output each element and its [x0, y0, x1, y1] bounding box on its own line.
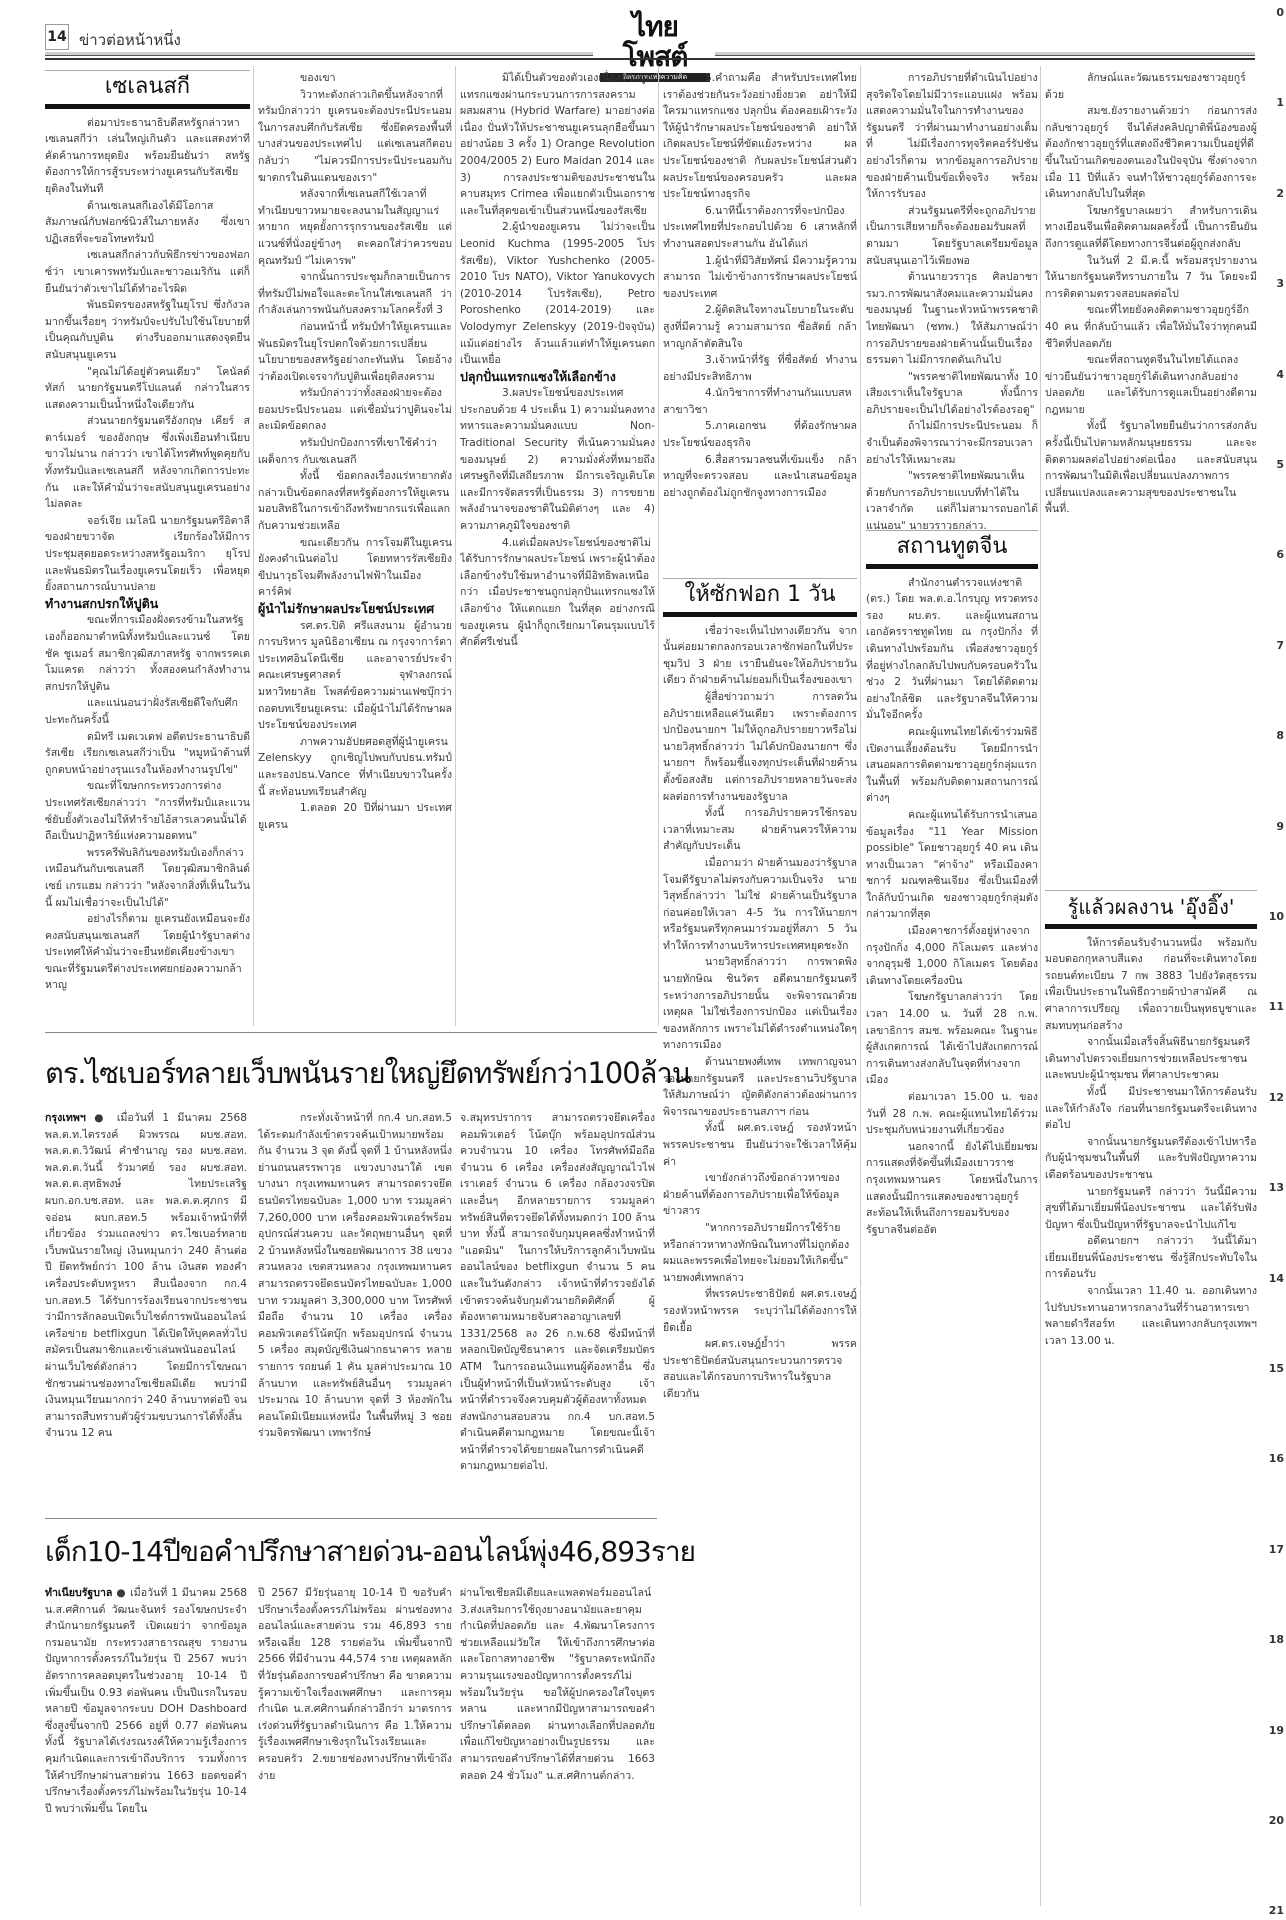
- paragraph: พรรครีพับลิกันของทรัมป์เองก็กล่าวเหมือนก…: [45, 845, 250, 911]
- paragraph: ถ้าไม่มีการประนีประนอม ก็จำเป็นต้องพิจาร…: [866, 418, 1038, 468]
- paragraph: 1.ตลอด 20 ปีที่ผ่านมา ประเทศยูเครน: [258, 800, 452, 833]
- paragraph: โฆษกรัฐบาลกล่าวว่า โดยเวลา 14.00 น. วันท…: [866, 989, 1038, 1089]
- article-text: เมื่อวันที่ 1 มีนาคม 2568 พล.ต.ท.ไตรรงค์…: [45, 1112, 247, 1439]
- paragraph: ขณะที่สถานทูตจีนในไทยได้แถลงข่าวยืนยันว่…: [1045, 352, 1257, 418]
- paragraph: 4.แต่เมื่อผลประโยชน์ของชาติไม่ได้รับการร…: [460, 535, 655, 651]
- paragraph: ของเขา: [258, 70, 452, 87]
- ruler-mark: 11: [1269, 1000, 1284, 1013]
- ruler-mark: 10: [1269, 910, 1284, 923]
- article-teen-col2: ปี 2567 มีวัยรุ่นอายุ 10-14 ปี ขอรับคำปร…: [258, 1585, 452, 1915]
- paragraph: จากนั้นการประชุมก็กลายเป็นการที่ทรัมป์ไม…: [258, 269, 452, 319]
- paragraph: คณะผู้แทนไทยได้เข้าร่วมพิธีเปิดงานเลี้ยง…: [866, 724, 1038, 807]
- paragraph: ทั้งนี้ มีประชาชนมาให้การต้อนรับ และให้ก…: [1045, 1084, 1257, 1134]
- paragraph: ลักษณ์และวัฒนธรรมของชาวอุยกูร์ด้วย: [1045, 70, 1257, 103]
- article-zelensky-col2: ของเขาวิวาทะดังกล่าวเกิดขึ้นหลังจากที่ทร…: [258, 70, 452, 1030]
- ruler-mark: 3: [1276, 277, 1284, 290]
- paragraph: 6.สื่อสารมวลชนที่เข้มแข็ง กล้าหาญที่จะตร…: [663, 452, 857, 502]
- paragraph: 1.ผู้นำที่มีวิสัยทัศน์ มีความรู้ความสามา…: [663, 253, 857, 303]
- paragraph: ทั้งนี้ การอภิปรายควรใช้กรอบเวลาที่เหมาะ…: [663, 805, 857, 855]
- article-text: ปี 2567 มีวัยรุ่นอายุ 10-14 ปี ขอรับคำปร…: [258, 1585, 452, 1784]
- paragraph: 2.ผู้ติดสินใจทางนโยบายในระดับสูงที่มีควา…: [663, 302, 857, 352]
- paragraph: อย่างไรก็ตาม ยูเครนยังเหมือนจะยังคงสนับส…: [45, 911, 250, 994]
- paragraph: ขณะที่โฆษกกระทรวงการต่างประเทศรัสเซียกล่…: [45, 778, 250, 844]
- ruler-mark: 20: [1269, 1814, 1284, 1827]
- ruler-mark: 18: [1269, 1633, 1284, 1646]
- paragraph: ต่อมาประธานาธิบดีสหรัฐกล่าวหาเซเลนสกีว่า…: [45, 115, 250, 198]
- masthead: 14 ข่าวต่อหน้าหนึ่ง ไทยโพสต์ อิสรภาพแห่ง…: [45, 14, 1255, 54]
- paragraph: โฆษกรัฐบาลเผยว่า สำหรับการเดินทางเยือนจี…: [1045, 203, 1257, 253]
- paragraph: เมืองคาชการ์ตั้งอยู่ห่างจากกรุงปักกิ่ง 4…: [866, 923, 1038, 989]
- page-number: 14: [45, 24, 69, 50]
- section-name: ข่าวต่อหน้าหนึ่ง: [79, 28, 181, 52]
- paragraph: ทั้งนี้ รัฐบาลไทยยืนยันว่าการส่งกลับครั้…: [1045, 418, 1257, 518]
- paragraph: "พรรคชาติไทยพัฒนาเห็นด้วยกับการอภิปรายแบ…: [866, 468, 1038, 530]
- article-cyber-col3: จ.สมุทรปราการ สามารถตรวจยึดเครื่องคอมพิว…: [460, 1110, 655, 1500]
- paragraph: จากนั้นเมื่อเสร็จสิ้นพิธีนายกรัฐมนตรีเดิ…: [1045, 1034, 1257, 1084]
- paragraph: ทั้งนี้ ข้อตกลงเรื่องแร่หายากดังกล่าวเป็…: [258, 468, 452, 534]
- paragraph: มิได้เป็นตัวของตัวเองเนื่องจากถูกแทรกแซง…: [460, 70, 655, 219]
- page-ruler: 0123456789101112131415161718192021: [1262, 0, 1286, 1920]
- paragraph: ผู้สื่อข่าวถามว่า การลดวันอภิปรายเหลือแค…: [663, 689, 857, 805]
- article-zelensky-col1: เซเลนสกี ต่อมาประธานาธิบดีสหรัฐกล่าวหาเซ…: [45, 70, 250, 1030]
- headline-teen: เด็ก10-14ปีขอคำปรึกษาสายด่วน-ออนไลน์พุ่ง…: [45, 1530, 695, 1574]
- paragraph: นายกรัฐมนตรี กล่าวว่า วันนี้มีความสุขที่…: [1045, 1184, 1257, 1234]
- paragraph: 6.นาทีนี้เราต้องการที่จะปกป้องประเทศไทยท…: [663, 203, 857, 253]
- paragraph: ด้านเซเลนสกีเองได้มีโอกาสสัมภาษณ์กับฟอกซ…: [45, 198, 250, 248]
- column-divider: [1040, 66, 1041, 1906]
- section-rule: [45, 1032, 657, 1033]
- paragraph: ส่วนรัฐมนตรีที่จะถูกอภิปรายเป็นการเสียหา…: [866, 203, 1038, 269]
- paragraph: วิวาทะดังกล่าวเกิดขึ้นหลังจากที่ทรัมป์กล…: [258, 87, 452, 187]
- ruler-mark: 15: [1269, 1362, 1284, 1375]
- paragraph: 3.ผลประโยชน์ของประเทศ ประกอบด้วย 4 ประเด…: [460, 385, 655, 534]
- paragraph: ดมิทรี เมดเวเดฟ อดีตประธานาธิบดีรัสเซีย …: [45, 729, 250, 779]
- paragraph: ทรัมป์กล่าวว่าทั้งสองฝ่ายจะต้องยอมประนีป…: [258, 385, 452, 435]
- ruler-mark: 17: [1269, 1543, 1284, 1556]
- paragraph: จากนั้นเวลา 11.40 น. ออกเดินทางไปรับประท…: [1045, 1283, 1257, 1349]
- paragraph: นายวิสุทธิ์กล่าวว่า การพาดพิงนายทักษิณ ช…: [663, 954, 857, 1054]
- paragraph: อดีตนายกฯ กล่าวว่า วันนี้ได้มาเยี่ยมเยีย…: [1045, 1233, 1257, 1283]
- ruler-mark: 16: [1269, 1452, 1284, 1465]
- ruler-mark: 21: [1269, 1904, 1284, 1917]
- paragraph: สมช.ยังรายงานด้วยว่า ก่อนการส่งกลับชาวอุ…: [1045, 103, 1257, 203]
- logo-text: ไทยโพสต์: [600, 12, 710, 72]
- subheading: ทำงานสกปรกให้ปูติน: [45, 596, 250, 613]
- article-col4: 5.คำถามคือ สำหรับประเทศไทย เราต้องช่วยกั…: [663, 70, 857, 1910]
- paragraph: นอกจากนี้ ยังได้ไปเยี่ยมชมการแสดงที่จัดข…: [866, 1139, 1038, 1239]
- ruler-mark: 6: [1276, 548, 1284, 561]
- ruler-mark: 12: [1269, 1091, 1284, 1104]
- article-cyber-col1: กรุงเทพฯ ● เมื่อวันที่ 1 มีนาคม 2568 พล.…: [45, 1110, 247, 1500]
- column-divider: [658, 66, 659, 1026]
- paragraph: ภาพความอัปยศอดสูที่ผู้นำยูเครน Zelenskyy…: [258, 734, 452, 800]
- paragraph: และแน่นอนว่าฝั่งรัสเซียดีใจกับศึกปะทะกัน…: [45, 695, 250, 728]
- article-text: ผ่านโซเชียลมีเดียและแพลตฟอร์มออนไลน์ 3.ส…: [460, 1585, 655, 1784]
- article-teen-col3: ผ่านโซเชียลมีเดียและแพลตฟอร์มออนไลน์ 3.ส…: [460, 1585, 655, 1915]
- paragraph: ขณะที่การเมืองฝั่งตรงข้ามในสหรัฐเองก็ออก…: [45, 612, 250, 695]
- headline-cyber: ตร.ไซเบอร์ทลายเว็บพนันรายใหญ่ยึดทรัพย์กว…: [45, 1050, 691, 1096]
- ruler-mark: 4: [1276, 368, 1284, 381]
- masthead-rule: [45, 52, 593, 56]
- paragraph: หลังจากที่เซเลนสกีใช้เวลาที่ทำเนียบขาวหม…: [258, 186, 452, 269]
- paragraph: ทั้งนี้ ผศ.ดร.เจษฎ์ รองหัวหน้าพรรคประชาช…: [663, 1120, 857, 1170]
- paragraph: "หากการอภิปรายมีการใช้ร้ายหรือกล่าวหาทาง…: [663, 1220, 857, 1286]
- ruler-mark: 2: [1276, 187, 1284, 200]
- column-divider: [253, 66, 254, 1026]
- ruler-mark: 7: [1276, 639, 1284, 652]
- paragraph: ที่พรรคประชาธิปัตย์ ผศ.ดร.เจษฎ์ รองหัวหน…: [663, 1286, 857, 1336]
- column-divider: [860, 66, 861, 1906]
- paragraph: เขายังกล่าวถึงข้อกล่าวหาของฝ่ายค้านที่ต้…: [663, 1170, 857, 1220]
- ruler-mark: 1: [1276, 96, 1284, 109]
- subheading: ผู้นำไม่รักษาผลประโยชน์ประเทศ: [258, 601, 452, 618]
- paragraph: จากนั้นนายกรัฐมนตรีต้องเข้าไปหารือกับผู้…: [1045, 1134, 1257, 1184]
- paragraph: รศ.ดร.ปิติ ศรีแสงนาม ผู้อำนวยการบริหาร ม…: [258, 618, 452, 734]
- column-divider: [455, 66, 456, 1026]
- dateline: ทำเนียบรัฐบาล: [45, 1587, 112, 1599]
- ruler-mark: 19: [1269, 1724, 1284, 1737]
- article-text: เมื่อวันที่ 1 มีนาคม 2568 น.ส.ศศิกานต์ ว…: [45, 1587, 247, 1815]
- article-teen-col1: ทำเนียบรัฐบาล ● เมื่อวันที่ 1 มีนาคม 256…: [45, 1585, 247, 1915]
- paragraph: เมื่อถามว่า ฝ่ายค้านมองว่ารัฐบาลโจมตีรัฐ…: [663, 855, 857, 955]
- paragraph: ผศ.ดร.เจษฎ์ย้ำว่า พรรคประชาธิปัตย์สนับสน…: [663, 1336, 857, 1402]
- paragraph: คณะผู้แทนได้รับการนำเสนอข้อมูลเรื่อง "11…: [866, 807, 1038, 923]
- paragraph: ด้านนายพงศ์เทพ เทพกาญจนา รองนายกรัฐมนตรี…: [663, 1054, 857, 1120]
- ruler-mark: 9: [1276, 820, 1284, 833]
- paragraph: 5.คำถามคือ สำหรับประเทศไทย เราต้องช่วยกั…: [663, 70, 857, 203]
- article-cyber-col2: กระทั่งเจ้าหน้าที่ กก.4 บก.สอท.5 ได้ระดม…: [258, 1110, 452, 1500]
- article-col5: การอภิปรายที่ดำเนินไปอย่างสุจริตใจโดยไม่…: [866, 70, 1038, 1910]
- section-rule: [45, 1518, 657, 1519]
- article-title: ให้ซักฟอก 1 วัน: [663, 578, 857, 617]
- paragraph: สำนักงานตำรวจแห่งชาติ (ตร.) โดย พล.ต.อ.ไ…: [866, 575, 1038, 724]
- masthead-rule: [715, 52, 1255, 56]
- paragraph: จอร์เจีย เมโลนี นายกรัฐมนตรีอิตาลีของฝ่า…: [45, 513, 250, 596]
- paragraph: ให้การต้อนรับจำนวนหนึ่ง พร้อมกับมอบดอกกุ…: [1045, 935, 1257, 1035]
- paragraph: 4.นักวิชาการที่ทำงานกันแบบสหสาขาวิชา: [663, 385, 857, 418]
- ruler-mark: 0: [1276, 6, 1284, 19]
- paragraph: 2.ผู้นำของยูเครน ไม่ว่าจะเป็น Leonid Kuc…: [460, 219, 655, 368]
- paragraph: เชื่อว่าจะเห็นไปทางเดียวกัน จากนั้นค่อยม…: [663, 623, 857, 689]
- subheading: ปลุกปั่นแทรกแซงให้เลือกข้าง: [460, 369, 655, 386]
- paragraph: ส่วนนายกรัฐมนตรีอังกฤษ เคียร์ สตาร์เมอร์…: [45, 413, 250, 513]
- ruler-mark: 5: [1276, 458, 1284, 471]
- paragraph: ด้านนายวราวุธ ศิลปอาชา รมว.การพัฒนาสังคม…: [866, 269, 1038, 369]
- paragraph: เซเลนสกีกล่าวกับพิธีกรข่าวของฟอกซ์ว่า เข…: [45, 247, 250, 297]
- article-title: เซเลนสกี: [45, 70, 250, 109]
- ruler-mark: 13: [1269, 1181, 1284, 1194]
- article-title: รู้แล้วผลงาน 'อุ๊งอิ๊ง': [1045, 890, 1257, 929]
- paragraph: ขณะเดียวกัน การโจมตีในยูเครนยังคงดำเนินต…: [258, 535, 452, 601]
- paragraph: ก่อนหน้านี้ ทรัมป์ทำให้ยูเครนและพันธมิตร…: [258, 319, 452, 385]
- paragraph: การอภิปรายที่ดำเนินไปอย่างสุจริตใจโดยไม่…: [866, 70, 1038, 203]
- article-text: กระทั่งเจ้าหน้าที่ กก.4 บก.สอท.5 ได้ระดม…: [258, 1110, 452, 1442]
- paragraph: "คุณไม่ได้อยู่ตัวคนเดียว" โคนัลด์ ทัสก์ …: [45, 364, 250, 414]
- masthead-divider: [45, 58, 1255, 60]
- ruler-mark: 8: [1276, 729, 1284, 742]
- paragraph: ขณะที่ไทยยังคงติดตามชาวอุยกูร์อีก 40 คน …: [1045, 302, 1257, 352]
- paragraph: 5.ภาคเอกชน ที่ต้องรักษาผลประโยชน์ของธุรก…: [663, 418, 857, 451]
- article-zelensky-col3: มิได้เป็นตัวของตัวเองเนื่องจากถูกแทรกแซง…: [460, 70, 655, 1030]
- dateline: กรุงเทพฯ: [45, 1112, 86, 1124]
- paragraph: ทรัมป์ปกป้องการที่เขาใช้คำว่าเผด็จการ กั…: [258, 435, 452, 468]
- article-title: สถานทูตจีน: [866, 530, 1038, 569]
- article-col6: ลักษณ์และวัฒนธรรมของชาวอุยกูร์ด้วยสมช.ยั…: [1045, 70, 1257, 1910]
- paragraph: "พรรคชาติไทยพัฒนาทั้ง 10 เสียงเราเห็นใจร…: [866, 369, 1038, 419]
- paragraph: 3.เจ้าหน้าที่รัฐ ที่ซื่อสัตย์ ทำงานอย่าง…: [663, 352, 857, 385]
- article-text: จ.สมุทรปราการ สามารถตรวจยึดเครื่องคอมพิว…: [460, 1110, 655, 1475]
- paragraph: พันธมิตรของสหรัฐในยุโรป ซึ่งกังวลมากขึ้น…: [45, 297, 250, 363]
- ruler-mark: 14: [1269, 1272, 1284, 1285]
- paragraph: ในวันที่ 2 มี.ค.นี้ พร้อมสรุปรายงานให้นา…: [1045, 253, 1257, 303]
- paragraph: ต่อมาเวลา 15.00 น. ของวันที่ 28 ก.พ. คณะ…: [866, 1089, 1038, 1139]
